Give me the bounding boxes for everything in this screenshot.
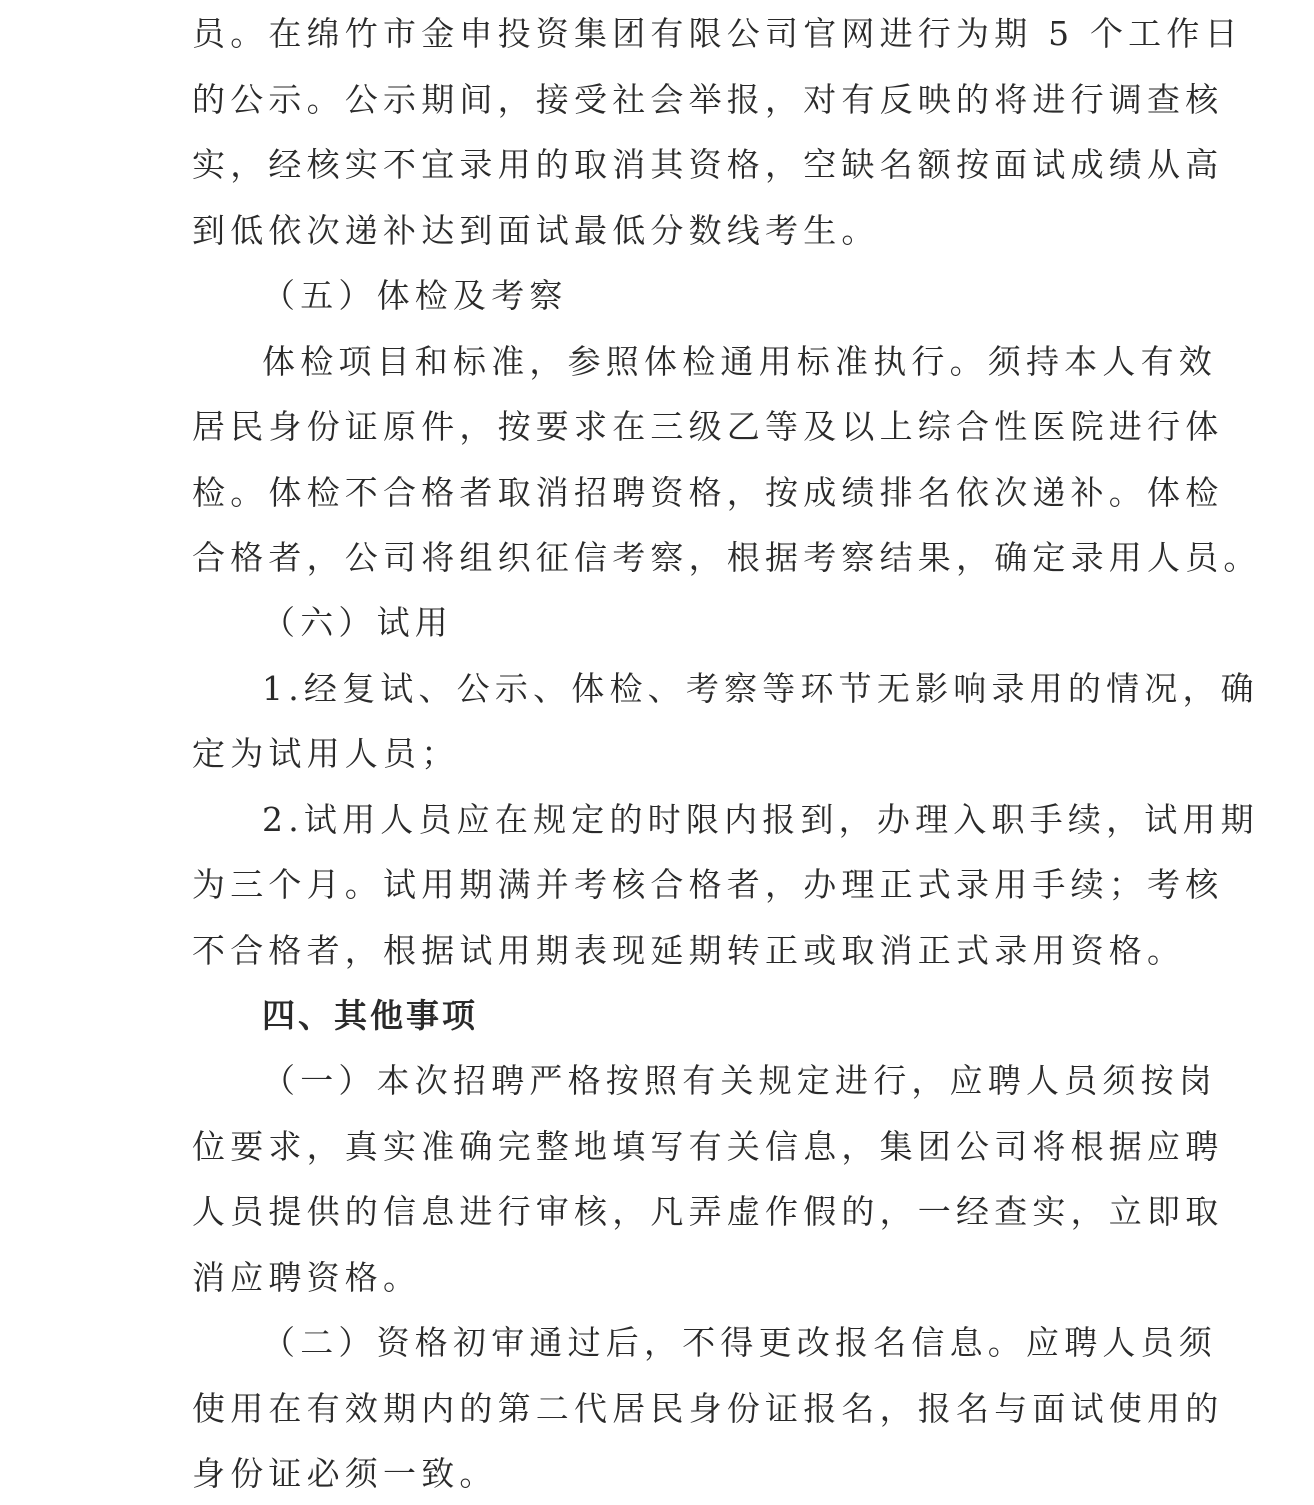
text-line: 人员提供的信息进行审核，凡弄虚作假的，一经查实，立即取 (192, 1192, 1157, 1232)
text-line: 检。体检不合格者取消招聘资格，按成绩排名依次递补。体检 (192, 473, 1157, 513)
text-line: 2.试用人员应在规定的时限内报到，办理入职手续，试用期 (262, 800, 1157, 840)
section-heading: 四、其他事项 (262, 996, 1157, 1036)
text-line: （二）资格初审通过后，不得更改报名信息。应聘人员须 (262, 1323, 1157, 1363)
text-line: 为三个月。试用期满并考核合格者，办理正式录用手续；考核 (192, 865, 1157, 905)
text-line: 身份证必须一致。 (192, 1454, 1157, 1494)
text-line: 使用在有效期内的第二代居民身份证报名，报名与面试使用的 (192, 1389, 1157, 1429)
text-line: 员。在绵竹市金申投资集团有限公司官网进行为期 5 个工作日 (192, 14, 1157, 54)
text-line: 的公示。公示期间，接受社会举报，对有反映的将进行调查核 (192, 80, 1157, 120)
document-page: 员。在绵竹市金申投资集团有限公司官网进行为期 5 个工作日的公示。公示期间，接受… (0, 0, 1314, 1505)
text-line: 定为试用人员； (192, 734, 1157, 774)
text-line: （一）本次招聘严格按照有关规定进行，应聘人员须按岗 (262, 1061, 1157, 1101)
text-line: 体检项目和标准，参照体检通用标准执行。须持本人有效 (262, 342, 1157, 382)
text-line: 实，经核实不宜录用的取消其资格，空缺名额按面试成绩从高 (192, 145, 1157, 185)
text-line: 1.经复试、公示、体检、考察等环节无影响录用的情况，确 (262, 669, 1157, 709)
text-line: 居民身份证原件，按要求在三级乙等及以上综合性医院进行体 (192, 407, 1157, 447)
subsection-heading: （六）试用 (262, 603, 1157, 643)
text-line: 消应聘资格。 (192, 1258, 1157, 1298)
text-line: 位要求，真实准确完整地填写有关信息，集团公司将根据应聘 (192, 1127, 1157, 1167)
text-line: 合格者，公司将组织征信考察，根据考察结果，确定录用人员。 (192, 538, 1157, 578)
text-line: 到低依次递补达到面试最低分数线考生。 (192, 211, 1157, 251)
text-line: 不合格者，根据试用期表现延期转正或取消正式录用资格。 (192, 931, 1157, 971)
subsection-heading: （五）体检及考察 (262, 276, 1157, 316)
